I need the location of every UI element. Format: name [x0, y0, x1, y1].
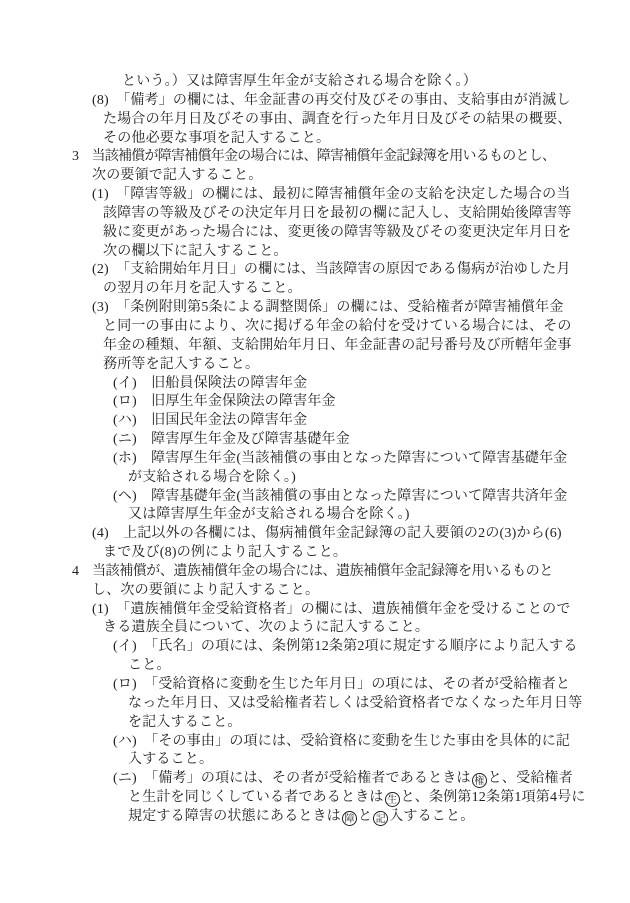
text-line: 規定する障害の状態にあるときは障と記入すること。 [0, 808, 630, 827]
text-line: (ロ) 「受給資格に変動を生じた年月日」の項には、その者が受給権者と [0, 676, 630, 695]
document-page: という。）又は障害厚生年金が支給される場合を除く。） (8) 「備考」の欄には、… [0, 0, 630, 903]
line-text: 入すること。 [389, 809, 474, 824]
text-line: (ハ) 「その事由」の項には、受給資格に変動を生じた事由を具体的に記 [0, 733, 630, 752]
text-line: 該障害の等級及びその決定年月日を最初の欄に記入し、支給開始後障害等 [0, 205, 630, 224]
text-line: (8) 「備考」の欄には、年金証書の再交付及びその事由、支給事由が消滅し [0, 92, 630, 111]
text-line: (2) 「支給開始年月日」の欄には、当該障害の原因である傷病が治ゆした月 [0, 261, 630, 280]
text-line: 次の要領で記入すること。 [0, 167, 630, 186]
line-text: と生計を同じくしている者であるときは [128, 790, 384, 805]
text-line: 年金の種類、年額、支給開始年月日、年金証書の記号番号及び所轄年金事 [0, 337, 630, 356]
text-line: (イ) 「氏名」の項には、条例第12条第2項に規定する順序により記入する [0, 638, 630, 657]
line-text: と、条例第12条第1項第4号に [401, 790, 586, 805]
line-text: と [358, 809, 372, 824]
line-text: (ニ) 「備考」の項には、その者が受給権者であるときは [113, 771, 471, 786]
text-line: 次の欄以下に記入すること。 [0, 243, 630, 262]
text-line: (ホ) 障害厚生年金(当該補償の事由となった障害について障害基礎年金 [0, 450, 630, 469]
circled-kanji-ki: 記 [373, 811, 388, 826]
text-line: (ニ) 「備考」の項には、その者が受給権者であるときは権と、受給権者 [0, 770, 630, 789]
text-line: 級に変更があった場合には、変更後の障害等級及びその変更決定年月日を [0, 224, 630, 243]
text-line: (4) 上記以外の各欄には、傷病補償年金記録簿の記入要領の2の(3)から(6) [0, 525, 630, 544]
text-line: まで及び(8)の例により記入すること。 [0, 544, 630, 563]
text-line: という。）又は障害厚生年金が支給される場合を除く。） [0, 73, 630, 92]
text-line: きる遺族全員について、次のように記入すること。 [0, 619, 630, 638]
text-line: (1) 「障害等級」の欄には、最初に障害補償年金の支給を決定した場合の当 [0, 186, 630, 205]
text-line: (イ) 旧船員保険法の障害年金 [0, 375, 630, 394]
text-line: 3 当該補償が障害補償年金の場合には、障害補償年金記録簿を用いるものとし、 [0, 148, 630, 167]
text-line: (3) 「条例附則第5条による調整関係」の欄には、受給権者が障害補償年金 [0, 299, 630, 318]
text-line: (ハ) 旧国民年金法の障害年金 [0, 412, 630, 431]
text-line: 又は障害厚生年金が支給される場合を除く。) [0, 506, 630, 525]
text-line: なった年月日、又は受給権者若しくは受給資格者でなくなった年月日等 [0, 695, 630, 714]
text-line: こと。 [0, 657, 630, 676]
line-text: と、受給権者 [488, 771, 573, 786]
text-line: その他必要な事項を記入すること。 [0, 130, 630, 149]
text-line: と生計を同じくしている者であるときは生と、条例第12条第1項第4号に [0, 789, 630, 808]
text-line: と同一の事由により、次に掲げる年金の給付を受けている場合には、その [0, 318, 630, 337]
text-line: (ヘ) 障害基礎年金(当該補償の事由となった障害について障害共済年金 [0, 488, 630, 507]
text-line: が支給される場合を除く。) [0, 469, 630, 488]
circled-kanji-shou: 障 [342, 811, 357, 826]
text-line: 入すること。 [0, 751, 630, 770]
circled-kanji-sei: 生 [385, 792, 400, 807]
text-line: た場合の年月日及びその事由、調査を行った年月日及びその結果の概要、 [0, 111, 630, 130]
line-text: 規定する障害の状態にあるときは [128, 809, 341, 824]
text-line: (ロ) 旧厚生年金保険法の障害年金 [0, 393, 630, 412]
text-line: 4 当該補償が、遺族補償年金の場合には、遺族補償年金記録簿を用いるものと [0, 563, 630, 582]
text-line: を記入すること。 [0, 714, 630, 733]
text-line: (ニ) 障害厚生年金及び障害基礎年金 [0, 431, 630, 450]
circled-kanji-ken: 権 [472, 773, 487, 788]
text-line: し、次の要領により記入すること。 [0, 582, 630, 601]
text-line: の翌月の年月を記入すること。 [0, 280, 630, 299]
text-line: (1) 「遺族補償年金受給資格者」の欄には、遺族補償年金を受けることので [0, 601, 630, 620]
text-line: 務所等を記入すること。 [0, 356, 630, 375]
